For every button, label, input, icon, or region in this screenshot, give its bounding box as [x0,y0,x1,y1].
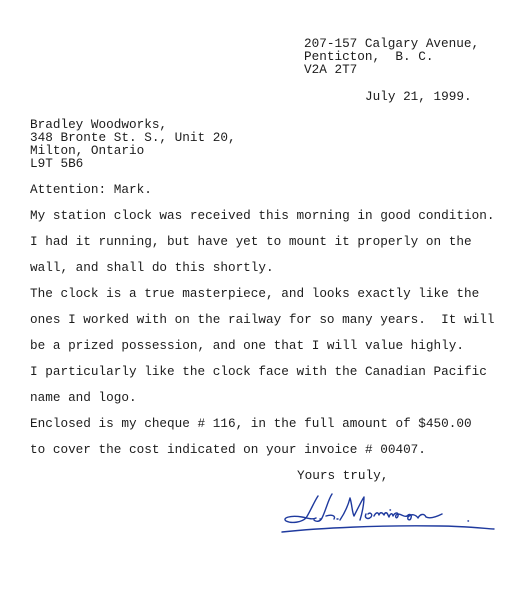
body-line: Enclosed is my cheque # 116, in the full… [30,417,472,430]
body-line: wall, and shall do this shortly. [30,261,274,274]
body-line: be a prized possession, and one that I w… [30,339,464,352]
body-line: to cover the cost indicated on your invo… [30,443,426,456]
attention-line: Attention: Mark. [30,183,152,196]
body-line: My station clock was received this morni… [30,209,494,222]
letter-date: July 21, 1999. [365,90,472,103]
sender-address-line-3: V2A 2T7 [304,63,357,76]
body-line: The clock is a true masterpiece, and loo… [30,287,479,300]
body-line: I had it running, but have yet to mount … [30,235,472,248]
handwritten-signature [280,488,500,538]
body-line: I particularly like the clock face with … [30,365,487,378]
closing-line: Yours truly, [297,469,388,482]
body-line: ones I worked with on the railway for so… [30,313,494,326]
body-line: name and logo. [30,391,137,404]
recipient-address-line-4: L9T 5B6 [30,157,83,170]
letter-page: 207-157 Calgary Avenue, Penticton, B. C.… [0,0,530,589]
